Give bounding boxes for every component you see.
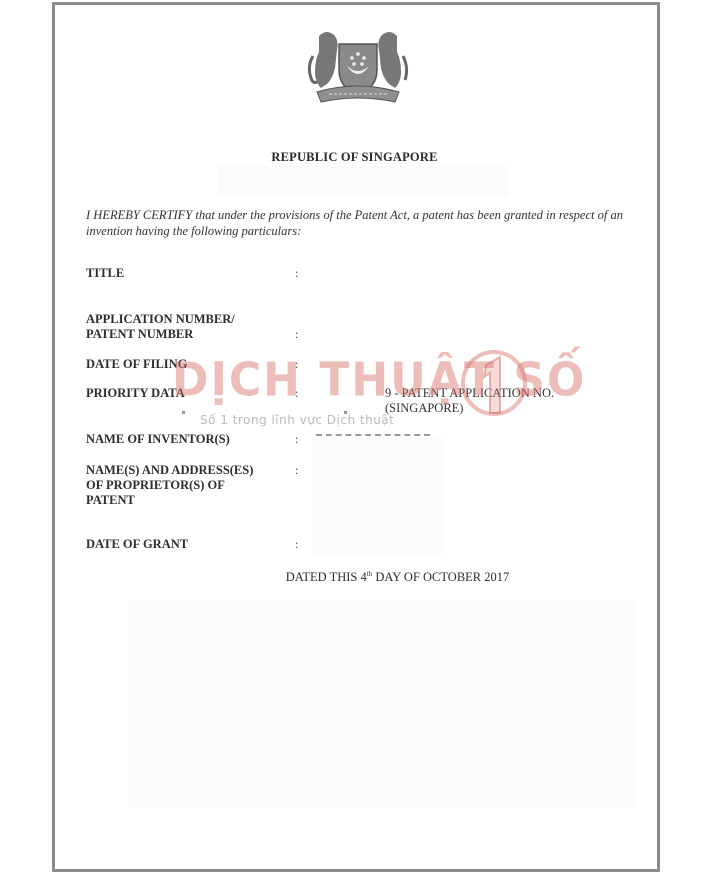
certification-text: I HEREBY CERTIFY that under the provisio… (86, 207, 646, 239)
watermark-logo-icon (460, 337, 528, 427)
redacted-region (312, 438, 444, 554)
singapore-crest-icon (305, 26, 411, 108)
document-heading: REPUBLIC OF SINGAPORE (0, 150, 709, 165)
field-label-date-of-grant: DATE OF GRANT (86, 537, 188, 552)
field-separator: : (295, 432, 298, 447)
dated-line: DATED THIS 4th DAY OF OCTOBER 2017 (0, 570, 709, 585)
watermark-dot (182, 411, 185, 414)
field-label-application-number: APPLICATION NUMBER/ PATENT NUMBER (86, 312, 235, 342)
watermark-dot (344, 411, 347, 414)
field-separator: : (295, 266, 298, 281)
field-separator: : (295, 327, 298, 342)
field-label-proprietor: NAME(S) AND ADDRESS(ES) OF PROPRIETOR(S)… (86, 463, 253, 508)
watermark-tagline: Số 1 trong lĩnh vực Dịch thuật (200, 413, 394, 427)
redacted-region (218, 166, 508, 196)
field-label-priority-data: PRIORITY DATA (86, 386, 185, 401)
field-label-title: TITLE (86, 266, 124, 281)
field-separator: : (295, 537, 298, 552)
field-label-inventor: NAME OF INVENTOR(S) (86, 432, 230, 447)
redacted-signature-region (128, 600, 636, 808)
field-separator: : (295, 463, 298, 478)
redacted-text-line (316, 434, 430, 438)
